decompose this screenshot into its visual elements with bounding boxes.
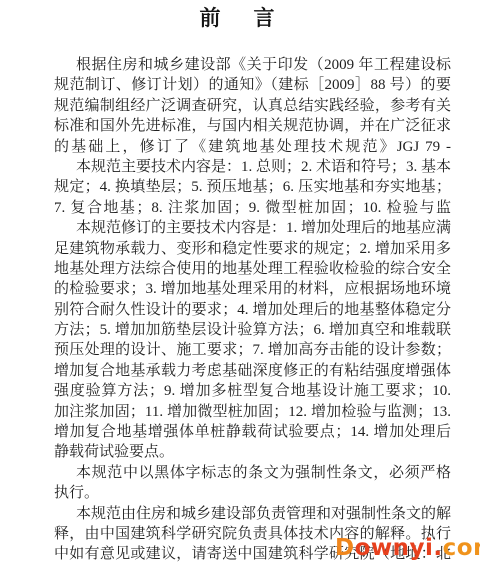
text-line: 方法；5. 增加加筋垫层设计验算方法；6. 增加真空和堆载联合 xyxy=(54,320,451,340)
document-page: 前 言 根据住房和城乡建设部《关于印发（2009 年工程建设标准规范制订、修订计… xyxy=(0,0,480,570)
text-line: 规定；4. 换填垫层；5. 预压地基；6. 压实地基和夯实地基； xyxy=(54,177,451,197)
text-line: 标准和国外先进标准，与国内相关规范协调，并在广泛征求意见 xyxy=(54,116,451,136)
text-line: 的检验要求；3. 增加地基处理采用的材料，应根据场地环境类 xyxy=(54,279,451,299)
text-line: 本规范主要技术内容是：1. 总则；2. 术语和符号；3. 基本 xyxy=(54,157,451,177)
text-line: 足建筑物承载力、变形和稳定性要求的规定；2. 增加采用多种 xyxy=(54,239,451,259)
text-line: 7. 复合地基；8. 注浆加固；9. 微型桩加固；10. 检验与监测。 xyxy=(54,198,451,218)
text-line: 增加复合地基承载力考虑基础深度修正的有粘结强度增强体桩身 xyxy=(54,361,451,381)
page-title: 前 言 xyxy=(0,5,480,31)
text-line: 增加复合地基增强体单桩静载荷试验要点；14. 增加处理后地基 xyxy=(54,422,451,442)
text-line: 根据住房和城乡建设部《关于印发（2009 年工程建设标准 xyxy=(54,55,451,75)
text-line: 别符合耐久性设计的要求；4. 增加处理后的地基整体稳定分析 xyxy=(54,300,451,320)
text-line: 本规范修订的主要技术内容是：1. 增加处理后的地基应满 xyxy=(54,218,451,238)
text-line: 强度验算方法；9. 增加多桩型复合地基设计施工要求；10. 增 xyxy=(54,381,451,401)
document-body: 根据住房和城乡建设部《关于印发（2009 年工程建设标准规范制订、修订计划）的通… xyxy=(54,55,451,565)
text-line: 执行。 xyxy=(54,483,451,503)
text-line: 本规范中以黑体字标志的条文为强制性条文，必须严格 xyxy=(54,463,451,483)
text-line: 的基础上，修订了《建筑地基处理技术规范》JGJ 79 - 2002。 xyxy=(54,137,451,157)
text-line: 规范制订、修订计划）的通知》（建标［2009］88 号）的要求， xyxy=(54,75,451,95)
watermark-segment: . xyxy=(433,535,442,561)
text-line: 本规范由住房和城乡建设部负责管理和对强制性条文的解 xyxy=(54,504,451,524)
text-line: 预压处理的设计、施工要求；7. 增加高夯击能的设计参数；8. xyxy=(54,340,451,360)
watermark-segment: com xyxy=(443,535,480,561)
text-line: 加注浆加固；11. 增加微型桩加固；12. 增加检验与监测；13. xyxy=(54,402,451,422)
text-line: 地基处理方法综合使用的地基处理工程验收检验的综合安全系数 xyxy=(54,259,451,279)
watermark-segment: ownyi xyxy=(355,535,434,561)
text-line: 规范编制组经广泛调查研究，认真总结实践经验，参考有关国际 xyxy=(54,96,451,116)
text-line: 静载荷试验要点。 xyxy=(54,442,451,462)
downyi-watermark: Downyi.com xyxy=(335,535,480,562)
watermark-segment: D xyxy=(335,535,355,561)
